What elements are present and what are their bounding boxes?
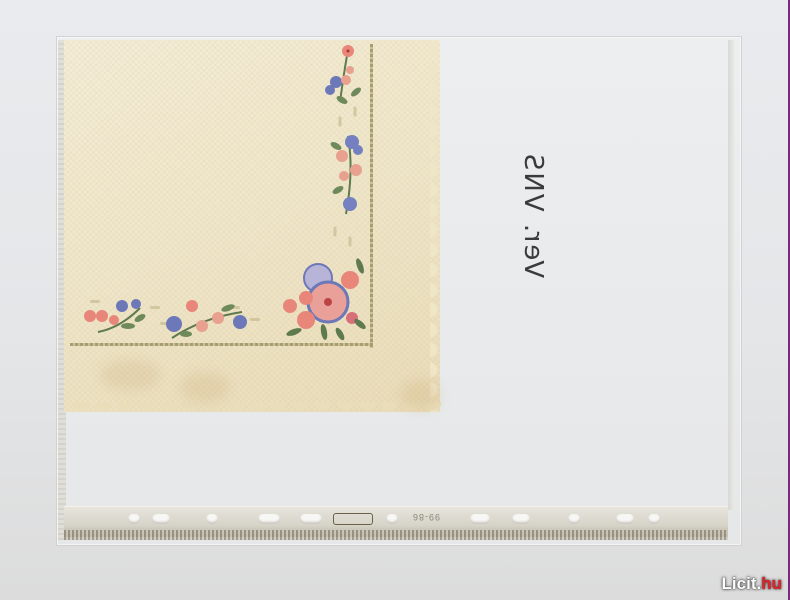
strip-code-text: 99-86 — [412, 512, 440, 522]
floral-bouquet-corner-icon — [276, 244, 376, 344]
stain — [180, 372, 230, 402]
faded-stitch — [334, 227, 337, 237]
binder-strip-serrated-edge — [64, 530, 728, 540]
punch-hole — [648, 514, 660, 524]
floral-spray-top-icon — [322, 42, 370, 112]
sleeve-right-edge — [728, 40, 734, 510]
punch-hole — [206, 514, 218, 524]
napkin-scalloped-edge-bottom — [70, 402, 442, 416]
punch-hole — [258, 514, 280, 524]
punch-hole — [616, 514, 634, 524]
napkin — [64, 40, 440, 412]
punch-hole — [470, 514, 490, 524]
faded-stitch — [150, 306, 160, 309]
licit-watermark: Licit.hu — [722, 574, 782, 594]
floral-spray-bottom-left-icon — [80, 298, 150, 340]
punch-hole — [152, 514, 170, 524]
floral-spray-bottom-middle-icon — [162, 298, 252, 344]
punch-hole — [128, 514, 140, 524]
watermark-text-main: Licit. — [722, 574, 762, 593]
punch-hole — [386, 514, 398, 524]
floral-spray-right-icon — [330, 130, 374, 220]
napkin-scalloped-edge-right — [430, 40, 446, 412]
faded-stitch — [339, 117, 342, 127]
punch-hole — [512, 514, 530, 524]
punch-hole — [568, 514, 580, 524]
watermark-text-tld: hu — [761, 574, 782, 593]
punch-hole — [300, 514, 322, 524]
stain — [400, 380, 440, 410]
stain — [100, 360, 160, 390]
brand-stamp — [333, 513, 373, 525]
handwritten-note: Ver. VNS — [518, 152, 548, 278]
